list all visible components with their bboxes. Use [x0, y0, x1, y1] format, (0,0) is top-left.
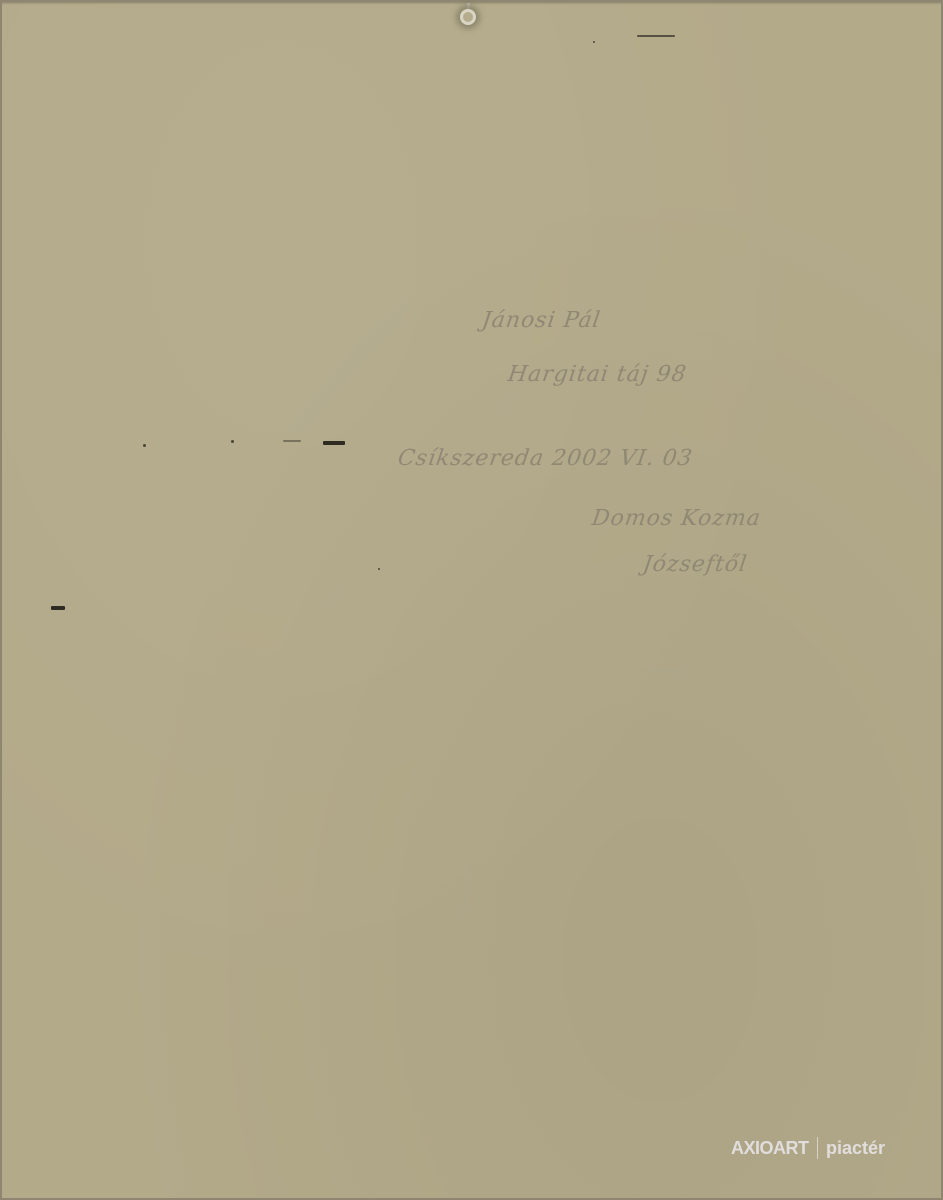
staple-mark-mid-2: [283, 440, 301, 442]
staple-mark-top: [637, 35, 675, 37]
speck: [231, 440, 234, 443]
inscription-from: Józseftől: [641, 552, 749, 577]
speck: [593, 41, 595, 43]
watermark-sub: piactér: [826, 1138, 885, 1159]
staple-mark-left: [51, 606, 65, 610]
watermark-brand: AXIOART: [731, 1138, 809, 1159]
inscription-place-date: Csíkszereda 2002 VI. 03: [396, 446, 694, 471]
inscription-artist: Jánosi Pál: [480, 308, 602, 333]
artwork-backing: Jánosi Pál Hargitai táj 98 Csíkszereda 2…: [0, 0, 943, 1200]
staple-mark-mid-1: [323, 441, 345, 445]
watermark: AXIOART piactér: [731, 1137, 885, 1159]
speck: [143, 444, 146, 447]
inscription-title: Hargitai táj 98: [506, 362, 688, 387]
speck: [378, 568, 380, 570]
watermark-separator: [817, 1137, 819, 1159]
hanging-ring-icon: [460, 9, 476, 25]
inscription-from-name: Domos Kozma: [590, 506, 762, 531]
